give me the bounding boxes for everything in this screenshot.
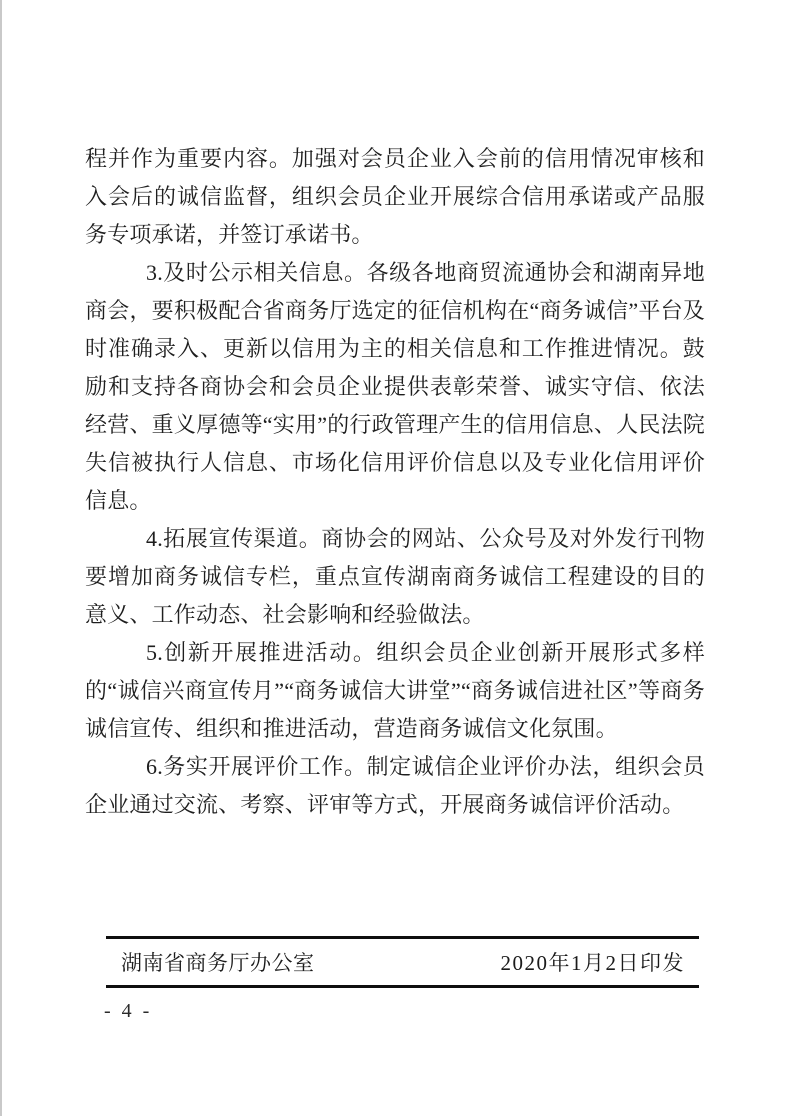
paragraph-2: 3.及时公示相关信息。各级各地商贸流通协会和湖南异地商会，要积极配合省商务厅选定… (85, 254, 705, 520)
footer-issuer: 湖南省商务厅办公室 (106, 947, 315, 977)
paragraph-3: 4.拓展宣传渠道。商协会的网站、公众号及对外发行刊物要增加商务诚信专栏，重点宣传… (85, 520, 705, 634)
paragraph-4: 5.创新开展推进活动。组织会员企业创新开展形式多样的“诚信兴商宣传月”“商务诚信… (85, 634, 705, 748)
paragraph-1: 程并作为重要内容。加强对会员企业入会前的信用情况审核和入会后的诚信监督，组织会员… (85, 140, 705, 254)
scan-edge-line (0, 0, 2, 1116)
document-body: 程并作为重要内容。加强对会员企业入会前的信用情况审核和入会后的诚信监督，组织会员… (85, 140, 705, 824)
footer-print-date: 2020年1月2日印发 (501, 947, 700, 977)
document-page: 程并作为重要内容。加强对会员企业入会前的信用情况审核和入会后的诚信监督，组织会员… (0, 0, 789, 1116)
paragraph-5: 6.务实开展评价工作。制定诚信企业评价办法，组织会员企业通过交流、考察、评审等方… (85, 748, 705, 824)
footer: 湖南省商务厅办公室 2020年1月2日印发 (106, 939, 699, 985)
page-number: - 4 - (104, 1000, 152, 1023)
footer-rule-bottom (106, 985, 699, 988)
